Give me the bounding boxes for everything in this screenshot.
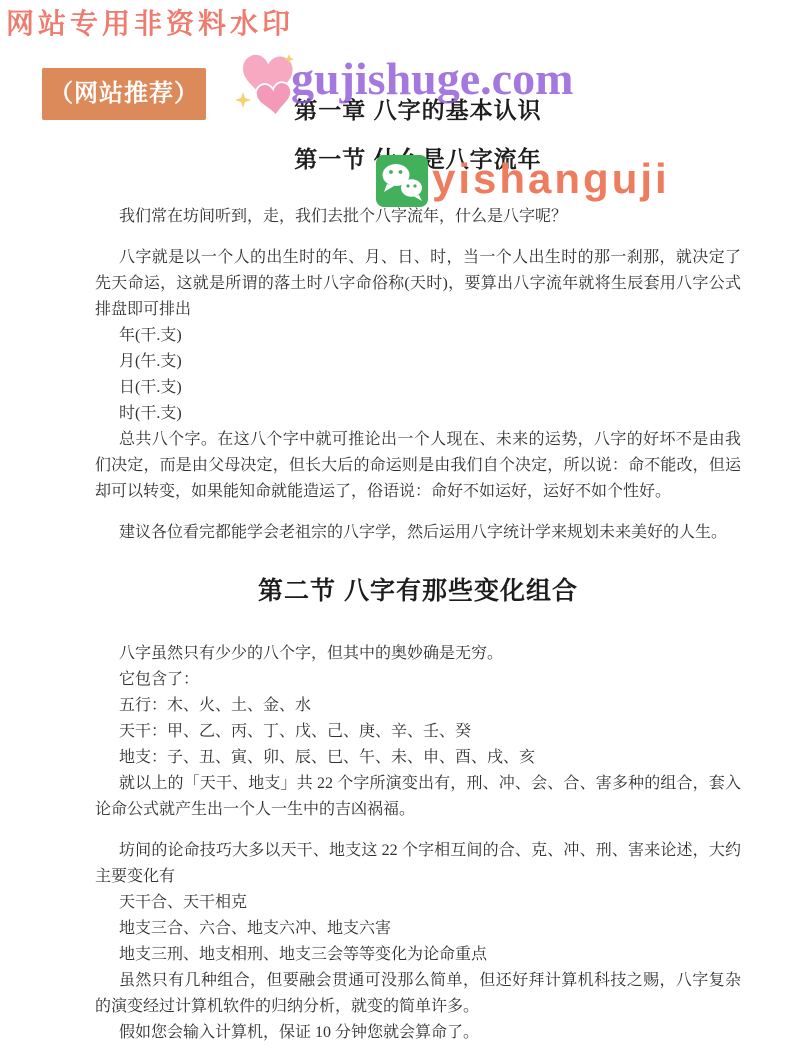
paragraph: 年(干.支) (95, 323, 741, 349)
paragraph: 时(干.支) (95, 401, 741, 427)
document-page: 第一章 八字的基本认识 第一节 什么是八字流年 我们常在坊间听到，走，我们去批个… (0, 0, 811, 1052)
paragraph: 天干：甲、乙、丙、丁、戊、己、庚、辛、壬、癸 (95, 719, 741, 745)
corner-watermark-text: 网站专用非资料水印 (6, 2, 294, 42)
wechat-watermark-text: yishanguji (432, 150, 670, 208)
paragraph: 就以上的「天干、地支」共 22 个字所演变出有，刑、冲、会、合、害多种的组合，套… (95, 771, 741, 823)
paragraph: 八字虽然只有少少的八个字，但其中的奥妙确是无穷。 (95, 641, 741, 667)
two-hearts-icon (230, 48, 304, 127)
section-1-body: 我们常在坊间听到，走，我们去批个八字流年，什么是八字呢？八字就是以一个人的出生时… (95, 204, 741, 546)
paragraph: 地支三合、六合、地支六冲、地支六害 (95, 916, 741, 942)
paragraph: 总共八个字。在这八个字中就可推论出一个人现在、未来的运势，八字的好坏不是由我们决… (95, 427, 741, 505)
paragraph: 五行：木、火、土、金、水 (95, 693, 741, 719)
paragraph: 建议各位看完都能学会老祖宗的八字学，然后运用八字统计学来规划未来美好的人生。 (95, 520, 741, 546)
paragraph: 地支三刑、地支相刑、地支三会等等变化为论命重点 (95, 942, 741, 968)
paragraph: 虽然只有几种组合，但要融会贯通可没那么简单，但还好拜计算机科技之赐，八字复杂的演… (95, 968, 741, 1020)
section-2-title: 第二节 八字有那些变化组合 (95, 576, 741, 607)
paragraph: 它包含了： (95, 667, 741, 693)
paragraph: 月(午.支) (95, 349, 741, 375)
paragraph: 日(干.支) (95, 375, 741, 401)
wechat-watermark: yishanguji (375, 150, 670, 215)
section-2-body: 八字虽然只有少少的八个字，但其中的奥妙确是无穷。它包含了：五行：木、火、土、金、… (95, 641, 741, 1046)
paragraph: 地支：子、丑、寅、卯、辰、巳、午、未、申、酉、戌、亥 (95, 745, 741, 771)
paragraph: 八字就是以一个人的出生时的年、月、日、时，当一个人出生时的那一刹那，就决定了先天… (95, 245, 741, 323)
paragraph: 天干合、天干相克 (95, 890, 741, 916)
wechat-icon (375, 150, 429, 215)
paragraph: 假如您会输入计算机，保证 10 分钟您就会算命了。 (95, 1020, 741, 1046)
paragraph: 坊间的论命技巧大多以天干、地支这 22 个字相互间的合、克、冲、刑、害来论述，大… (95, 838, 741, 890)
site-watermark-text: gujishuge.com (291, 52, 573, 105)
site-recommend-badge: （网站推荐） (42, 68, 206, 120)
